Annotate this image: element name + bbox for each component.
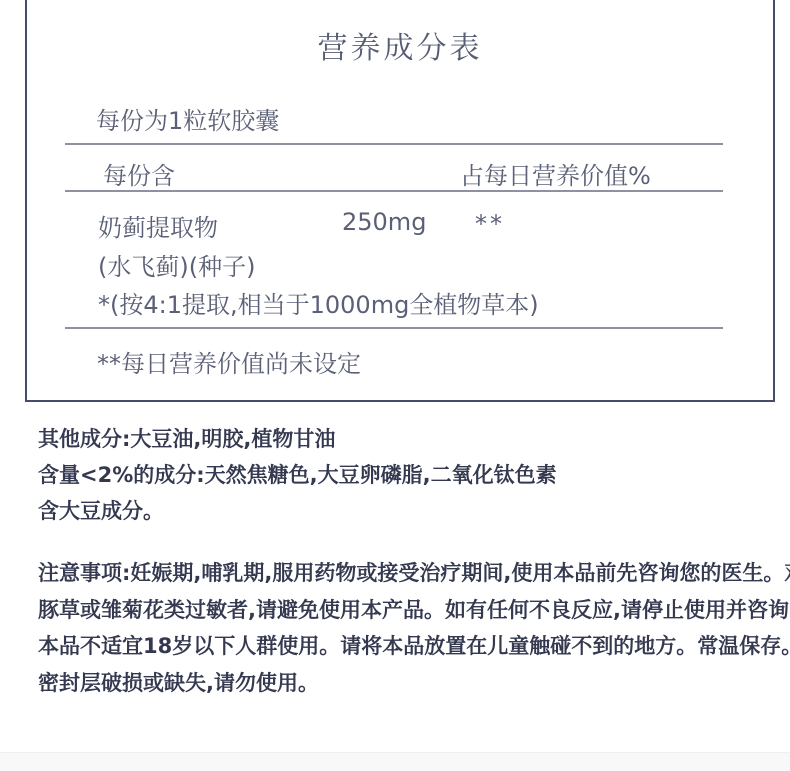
nutrition-facts-panel: 营养成分表 每份为1粒软胶囊 每份含 占每日营养价值% 奶蓟提取物 250mg … (25, 0, 775, 402)
column-header-per-serving: 每份含 (103, 156, 175, 191)
other-ingredients-section: 其他成分:大豆油,明胶,植物甘油 含量<2%的成分:天然焦糖色,大豆卵磷脂,二氧… (38, 421, 753, 529)
other-ingredients-line: 其他成分:大豆油,明胶,植物甘油 (38, 421, 753, 457)
warnings-line: 豚草或雏菊花类过敏者,请避免使用本产品。如有任何不良反应,请停止使用并咨询医生。 (38, 592, 753, 629)
ingredient-source-line: (水飞蓟)(种子) (98, 247, 255, 282)
soy-allergen-line: 含大豆成分。 (38, 493, 753, 529)
daily-value-footnote: **每日营养价值尚未设定 (97, 344, 361, 379)
column-header-daily-value: 占每日营养价值% (460, 156, 651, 191)
panel-title: 营养成分表 (27, 23, 773, 67)
warnings-line: 注意事项:妊娠期,哺乳期,服用药物或接受治疗期间,使用本品前先咨询您的医生。对 (38, 555, 753, 592)
product-label-page: 营养成分表 每份为1粒软胶囊 每份含 占每日营养价值% 奶蓟提取物 250mg … (0, 0, 790, 771)
ingredient-amount: 250mg (342, 208, 426, 236)
warnings-section: 注意事项:妊娠期,哺乳期,服用药物或接受治疗期间,使用本品前先咨询您的医生。对 … (38, 555, 753, 701)
ingredient-daily-value: ** (475, 210, 505, 238)
ingredient-name: 奶蓟提取物 (98, 208, 218, 243)
divider-middle (65, 190, 723, 192)
warnings-line: 本品不适宜18岁以下人群使用。请将本品放置在儿童触碰不到的地方。常温保存。如发现 (38, 628, 753, 665)
warnings-line: 密封层破损或缺失,请勿使用。 (38, 665, 753, 702)
divider-top (65, 143, 723, 145)
ingredient-extraction-note: *(按4:1提取,相当于1000mg全植物草本) (98, 285, 539, 320)
bottom-band (0, 752, 790, 771)
trace-ingredients-line: 含量<2%的成分:天然焦糖色,大豆卵磷脂,二氧化钛色素 (38, 457, 753, 493)
serving-size-line: 每份为1粒软胶囊 (96, 101, 279, 136)
divider-bottom (65, 327, 723, 329)
